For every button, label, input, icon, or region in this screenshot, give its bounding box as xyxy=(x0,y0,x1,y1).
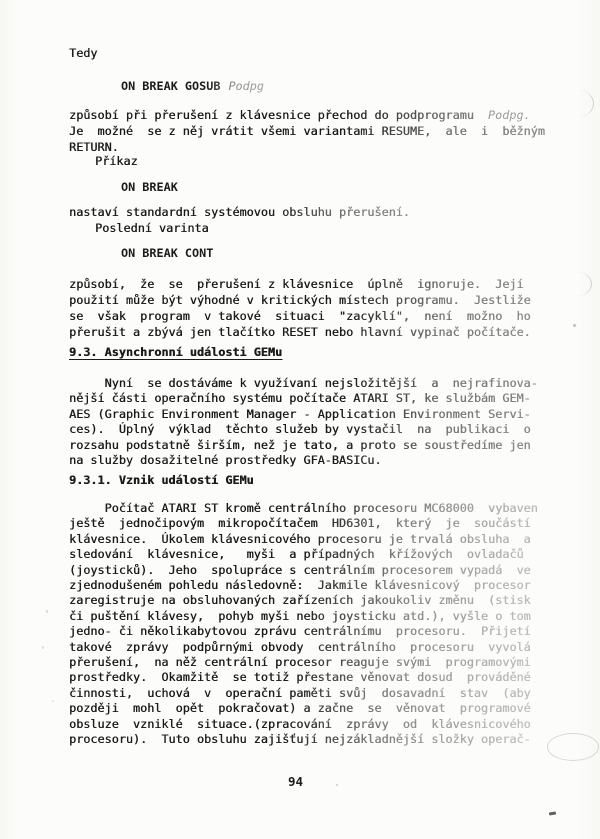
text-segment: zaregistruje na obsluhovaných zařízeních… xyxy=(69,593,531,607)
scan-artifact-dot xyxy=(46,610,48,613)
text-line: jedno- či několikabytovou zprávu centrál… xyxy=(69,624,538,639)
text-line: Počítač ATARI ST kromě centrálního proce… xyxy=(69,501,538,516)
text-segment: způsobí při přerušení z klávesnice přech… xyxy=(69,108,488,122)
text-line: takové zprávy podpůrnými obvody centráln… xyxy=(69,640,538,655)
text-segment: takové zprávy podpůrnými obvody centráln… xyxy=(69,640,531,654)
text-segment: způsobí, že se přerušení z klávesnice úp… xyxy=(69,277,524,291)
scan-artifact-mark xyxy=(549,812,556,816)
basic-command-on-break-cont: ON BREAK CONT xyxy=(121,246,213,261)
italic-text-segment: Podpg. xyxy=(488,108,531,122)
text-segment: (joysticků). Jeho spolupráce s centrální… xyxy=(69,563,531,577)
line-on-break-description: nastaví standardní systémovou obsluhu př… xyxy=(69,205,410,220)
text-segment: Je možné se z něj vrátit všemi variantam… xyxy=(69,124,545,138)
text-line: sledování klávesnice, myši a případných … xyxy=(69,547,538,562)
text-segment: sledování klávesnice, myši a případných … xyxy=(69,547,524,561)
text-segment: na služby dosažitelné prostředky GFA-BAS… xyxy=(69,453,382,467)
text-line: ještě jednočipovým mikropočítačem HD6301… xyxy=(69,516,538,531)
paragraph-on-break-cont-description: způsobí, že se přerušení z klávesnice úp… xyxy=(69,276,531,340)
text-line: zjednodušeném pohledu následovně: Jakmil… xyxy=(69,578,538,593)
subsection-heading-9-3-1: 9.3.1. Vznik událostí GEMu xyxy=(69,473,254,488)
text-segment: prostředky. Okamžitě se totiž přestane v… xyxy=(69,670,531,684)
intro-word: Tedy xyxy=(69,46,97,61)
paragraph-gem-event-origin: Počítač ATARI ST kromě centrálního proce… xyxy=(69,501,538,748)
text-line: použití může být výhodné v kritických mí… xyxy=(69,292,531,308)
command-keyword: ON BREAK GOSUB xyxy=(121,79,220,93)
text-segment: zjednodušeném pohledu následovně: Jakmil… xyxy=(69,578,531,592)
scan-artifact-dot xyxy=(42,646,44,649)
label-last-variant: Poslední varinta xyxy=(95,221,209,236)
text-line: způsobí, že se přerušení z klávesnice úp… xyxy=(69,276,531,292)
command-keyword: ON BREAK CONT xyxy=(121,246,213,260)
text-segment: či puštění klávesy, pohyb myši nebo joys… xyxy=(69,609,531,623)
text-segment: nější části operačního systému počítače … xyxy=(69,391,531,405)
text-segment: ještě jednočipovým mikropočítačem HD6301… xyxy=(69,516,531,530)
text-line: AES (Graphic Environment Manager - Appli… xyxy=(69,407,538,422)
text-segment: přerušení, na něž centrální procesor rea… xyxy=(69,655,531,669)
text-line: přerušení, na něž centrální procesor rea… xyxy=(69,655,538,670)
scan-artifact-arc-top xyxy=(578,90,594,117)
scan-artifact-dot xyxy=(336,784,338,786)
text-line: ces). Úplný výklad těchto služeb by vyst… xyxy=(69,422,538,437)
text-segment: ces). Úplný výklad těchto služeb by vyst… xyxy=(69,422,531,436)
label-prikaz: Příkaz xyxy=(95,154,138,169)
text-line: (joysticků). Jeho spolupráce s centrální… xyxy=(69,563,538,578)
text-line: prostředky. Okamžitě se totiž přestane v… xyxy=(69,670,538,685)
text-segment: klávesnice. Úkolem klávesnicového proces… xyxy=(69,532,531,546)
text-line: způsobí při přerušení z klávesnice přech… xyxy=(69,107,545,123)
text-segment: RETURN. xyxy=(69,140,119,154)
text-line: zaregistruje na obsluhovaných zařízeních… xyxy=(69,593,538,608)
text-segment: později mohl opět pokračovat) a začne se… xyxy=(69,701,531,715)
scan-artifact-arc-middle xyxy=(576,272,592,296)
scanned-book-page: Tedy ON BREAK GOSUBPodpg způsobí při pře… xyxy=(0,0,600,839)
text-segment: rozsahu podstatně širším, než je tato, a… xyxy=(69,438,531,452)
scan-artifact-speck xyxy=(572,323,576,327)
basic-command-on-break-gosub: ON BREAK GOSUBPodpg xyxy=(121,79,264,94)
command-argument: Podpg xyxy=(228,79,264,93)
text-line: Je možné se z něj vrátit všemi variantam… xyxy=(69,123,545,139)
page-number: 94 xyxy=(288,774,303,789)
basic-command-on-break: ON BREAK xyxy=(121,180,178,195)
text-line: na služby dosažitelné prostředky GFA-BAS… xyxy=(69,453,538,468)
text-line: přerušit a zbývá jen tlačítko RESET nebo… xyxy=(69,324,531,340)
paragraph-gem-intro: Nyní se dostáváme k využívaní nejsložitě… xyxy=(69,376,538,468)
text-segment: přerušit a zbývá jen tlačítko RESET nebo… xyxy=(69,325,531,339)
text-segment: se však program v takové situaci "zacykl… xyxy=(69,309,531,323)
scan-artifact-binder-hole xyxy=(547,733,599,761)
text-segment: činnosti, uchová v operační paměti svůj … xyxy=(69,686,531,700)
scan-artifact-dot xyxy=(52,700,54,702)
paragraph-on-break-gosub-description: způsobí při přerušení z klávesnice přech… xyxy=(69,107,545,155)
text-line: obsluze vzniklé situace.(zpracování zprá… xyxy=(69,717,538,732)
text-segment: obsluze vzniklé situace.(zpracování zprá… xyxy=(69,717,531,731)
text-line: se však program v takové situaci "zacykl… xyxy=(69,308,531,324)
text-line: rozsahu podstatně širším, než je tato, a… xyxy=(69,438,538,453)
text-segment: Počítač ATARI ST kromě centrálního proce… xyxy=(69,501,538,515)
text-segment: procesoru). Tuto obsluhu zajišťují nejzá… xyxy=(69,732,531,746)
text-segment: použití může být výhodné v kritických mí… xyxy=(69,293,531,307)
command-keyword: ON BREAK xyxy=(121,180,178,194)
text-segment: Nyní se dostáváme k využívaní nejsložitě… xyxy=(69,376,538,390)
text-line: činnosti, uchová v operační paměti svůj … xyxy=(69,686,538,701)
text-line: RETURN. xyxy=(69,139,545,155)
text-line: procesoru). Tuto obsluhu zajišťují nejzá… xyxy=(69,732,538,747)
text-line: později mohl opět pokračovat) a začne se… xyxy=(69,701,538,716)
text-line: nější části operačního systému počítače … xyxy=(69,391,538,406)
text-segment: AES (Graphic Environment Manager - Appli… xyxy=(69,407,531,421)
text-line: či puštění klávesy, pohyb myši nebo joys… xyxy=(69,609,538,624)
text-segment: jedno- či několikabytovou zprávu centrál… xyxy=(69,624,531,638)
text-line: klávesnice. Úkolem klávesnicového proces… xyxy=(69,532,538,547)
section-heading-9-3: 9.3. Asynchronní události GEMu xyxy=(69,345,282,360)
text-line: Nyní se dostáváme k využívaní nejsložitě… xyxy=(69,376,538,391)
